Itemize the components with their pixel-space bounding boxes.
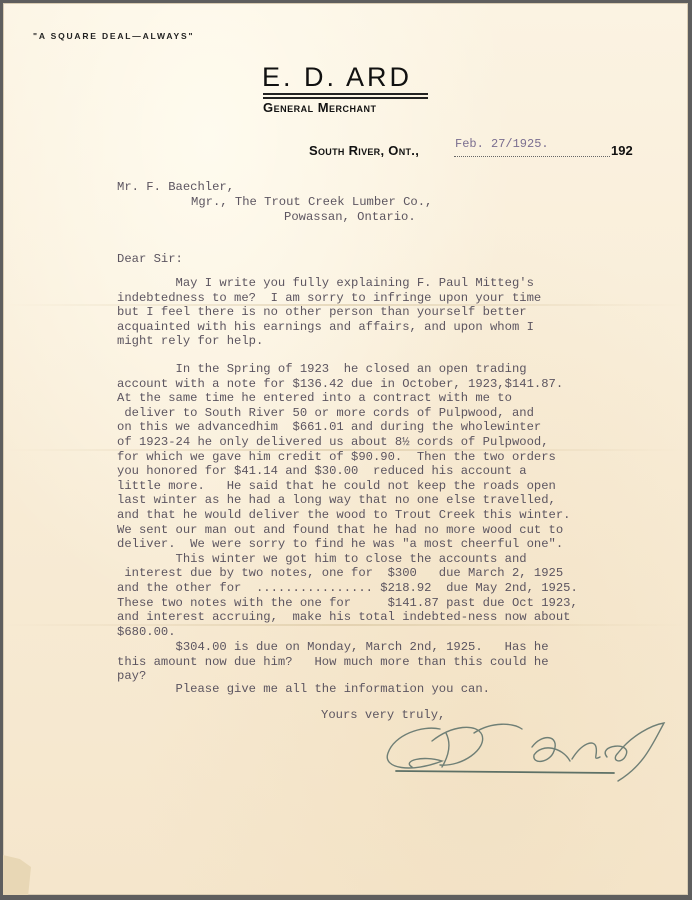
recipient-name: Mr. F. Baechler, (117, 180, 234, 195)
recipient-company: Mgr., The Trout Creek Lumber Co., (191, 195, 432, 210)
year-prefix: 192 (611, 143, 633, 158)
letterhead-rule (263, 93, 428, 95)
letterhead-rule (263, 97, 428, 99)
paragraph-4: Please give me all the information you c… (117, 682, 490, 697)
letterhead-place: South River, Ont., (309, 143, 419, 158)
paragraph-3: $304.00 is due on Monday, March 2nd, 192… (117, 640, 549, 684)
paragraph-2: In the Spring of 1923 he closed an open … (117, 362, 578, 639)
letterhead-slogan: "A SQUARE DEAL—ALWAYS" (33, 31, 194, 41)
letter-date: Feb. 27/1925. (455, 137, 549, 151)
recipient-location: Powassan, Ontario. (284, 210, 416, 225)
company-name: E. D. ARD (262, 61, 428, 93)
date-dotted-line (454, 156, 610, 157)
salutation: Dear Sir: (117, 252, 183, 267)
signature (382, 715, 672, 795)
paragraph-1: May I write you fully explaining F. Paul… (117, 276, 541, 349)
company-subtitle: General Merchant (263, 100, 377, 115)
